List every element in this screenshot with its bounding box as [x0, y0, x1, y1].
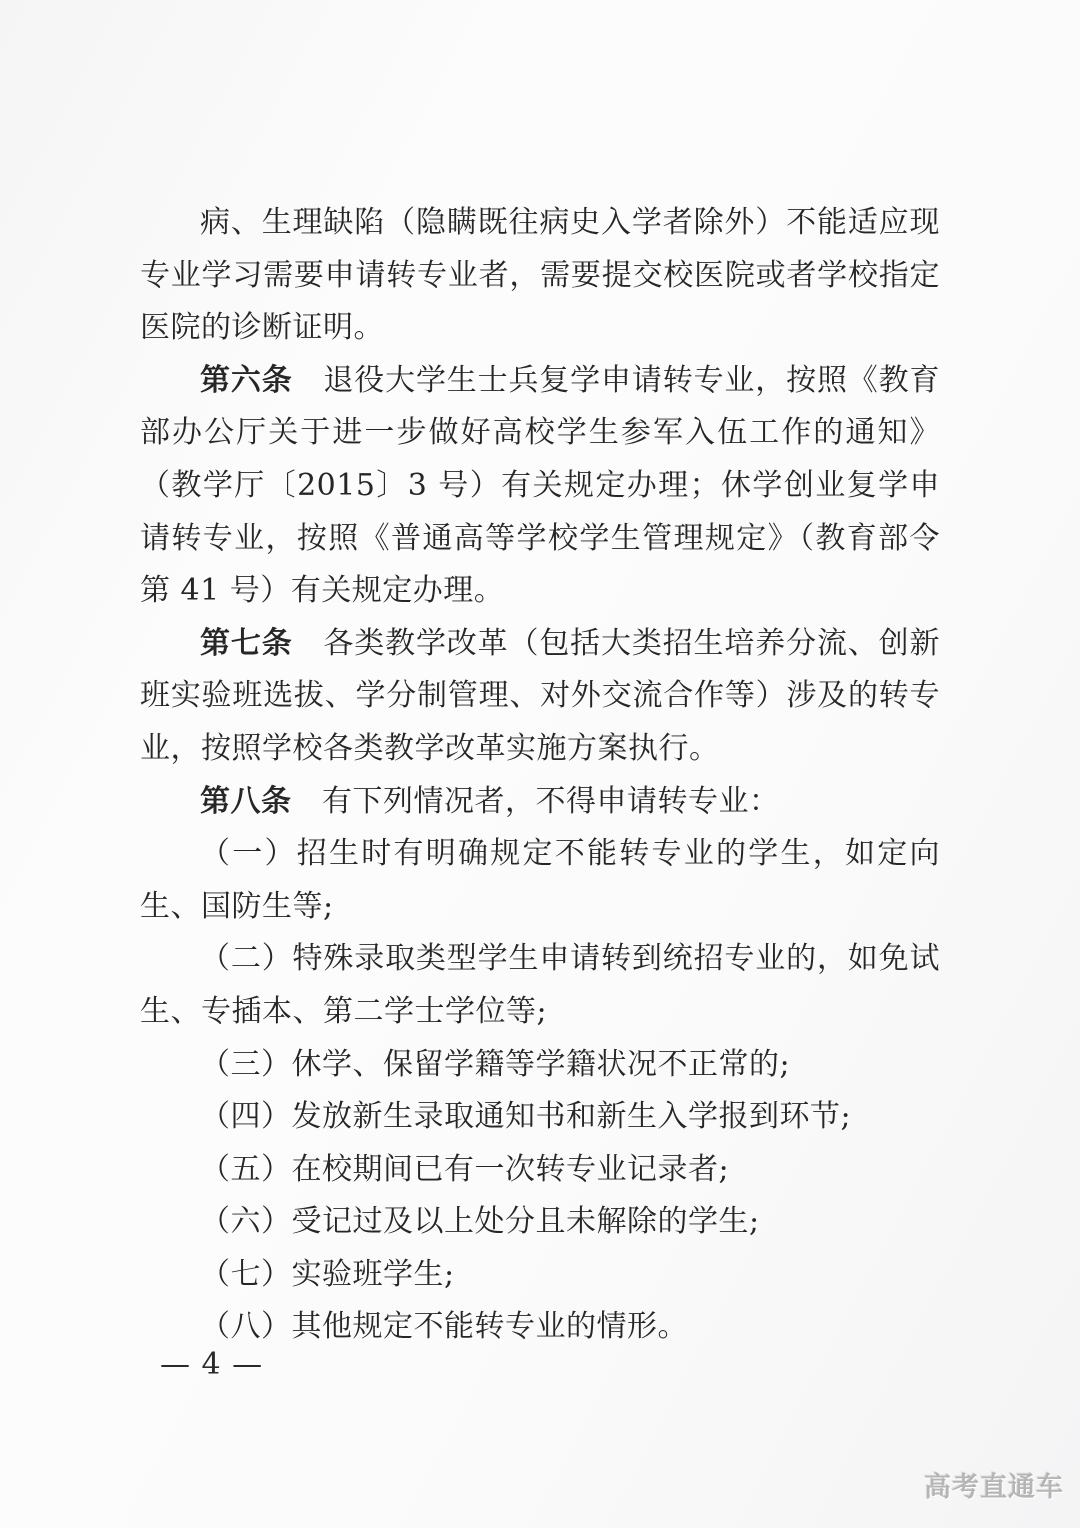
- paragraph: （七）实验班学生;: [140, 1249, 940, 1302]
- paragraph-text: （二）特殊录取类型学生申请转到统招专业的，如免试生、专插本、第二学士学位等;: [140, 941, 940, 1029]
- paragraph: （二）特殊录取类型学生申请转到统招专业的，如免试生、专插本、第二学士学位等;: [140, 933, 940, 1038]
- watermark-text: 高考直通车: [924, 1465, 1064, 1504]
- document-page: 病、生理缺陷（隐瞒既往病史入学者除外）不能适应现专业学习需要申请转专业者，需要提…: [0, 0, 1080, 1528]
- paragraph-text: （八）其他规定不能转专业的情形。: [200, 1309, 688, 1344]
- paragraph: （五）在校期间已有一次转专业记录者;: [140, 1144, 940, 1197]
- paragraph: （四）发放新生录取通知书和新生入学报到环节;: [140, 1091, 940, 1144]
- article-number-label: 第七条: [200, 626, 293, 661]
- paragraph: （六）受记过及以上处分且未解除的学生;: [140, 1196, 940, 1249]
- paragraph-text: （四）发放新生录取通知书和新生入学报到环节;: [200, 1099, 851, 1134]
- paragraph: 第六条 退役大学生士兵复学申请转专业，按照《教育部办公厅关于进一步做好高校学生参…: [140, 355, 940, 618]
- paragraph-text: 退役大学生士兵复学申请转专业，按照《教育部办公厅关于进一步做好高校学生参军入伍工…: [140, 363, 940, 608]
- paragraph: （三）休学、保留学籍等学籍状况不正常的;: [140, 1039, 940, 1092]
- paragraph: 第八条 有下列情况者，不得申请转专业：: [140, 776, 940, 829]
- paragraph: 第七条 各类教学改革（包括大类招生培养分流、创新班实验班选拔、学分制管理、对外交…: [140, 618, 940, 776]
- paragraph-text: （五）在校期间已有一次转专业记录者;: [200, 1152, 729, 1187]
- page-number: — 4 —: [160, 1347, 263, 1382]
- article-number-label: 第八条: [200, 784, 292, 819]
- paragraph-text: （六）受记过及以上处分且未解除的学生;: [200, 1204, 760, 1239]
- paragraph-text: （三）休学、保留学籍等学籍状况不正常的;: [200, 1047, 790, 1082]
- article-number-label: 第六条: [200, 363, 293, 398]
- paragraph-text: 有下列情况者，不得申请转专业：: [292, 784, 780, 819]
- paragraph: （一）招生时有明确规定不能转专业的学生，如定向生、国防生等;: [140, 828, 940, 933]
- document-body: 病、生理缺陷（隐瞒既往病史入学者除外）不能适应现专业学习需要申请转专业者，需要提…: [140, 197, 940, 1354]
- paragraph: 病、生理缺陷（隐瞒既往病史入学者除外）不能适应现专业学习需要申请转专业者，需要提…: [140, 197, 940, 355]
- paragraph-text: （一）招生时有明确规定不能转专业的学生，如定向生、国防生等;: [140, 836, 940, 924]
- paragraph-text: 病、生理缺陷（隐瞒既往病史入学者除外）不能适应现专业学习需要申请转专业者，需要提…: [140, 205, 940, 345]
- paragraph-text: （七）实验班学生;: [200, 1257, 455, 1292]
